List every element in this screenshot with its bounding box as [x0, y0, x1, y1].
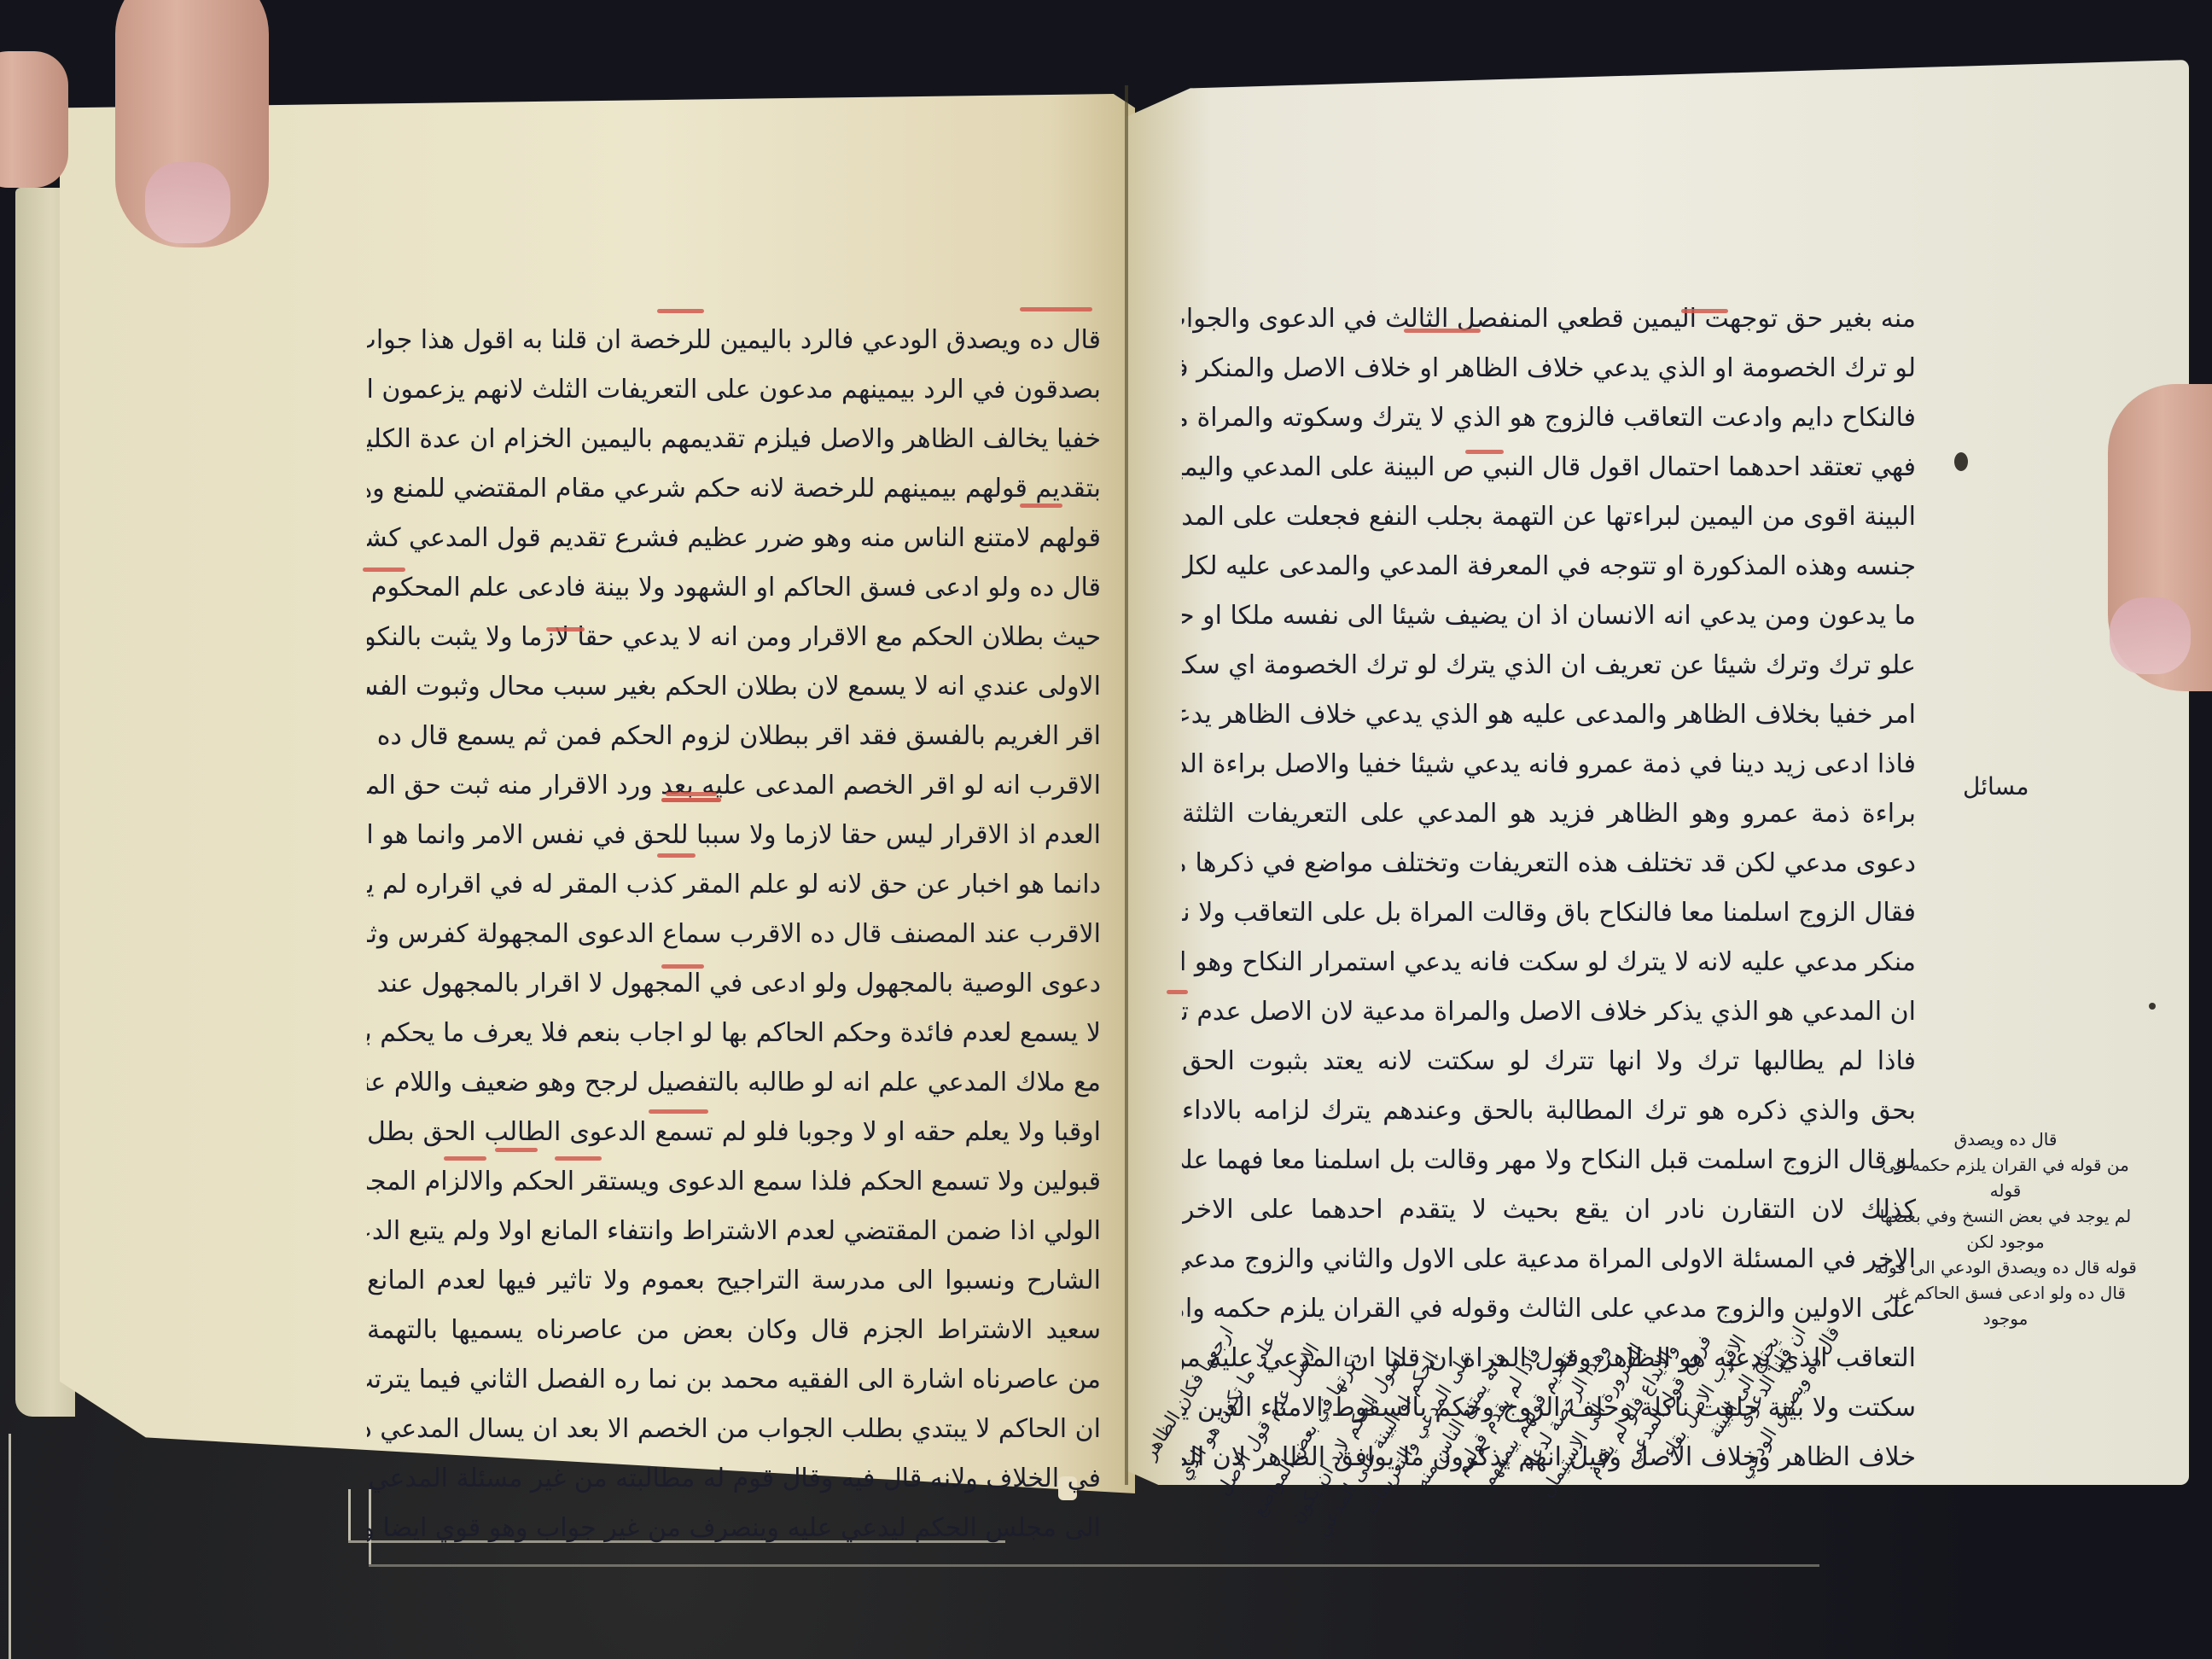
text-line: اوقبا ولا يعلم حقه او لا وجوبا فلو لم تس…: [367, 1108, 1101, 1157]
text-line: قولهم لامتنع الناس منه وهو ضرر عظيم فشرع…: [367, 514, 1101, 563]
left-page-text: قال ده ويصدق الودعي فالرد باليمين للرخصة…: [367, 316, 1101, 1553]
text-line: فالنكاح دايم وادعت التعاقب فالزوج هو الذ…: [1182, 393, 1916, 443]
left-thumb-nail: [145, 162, 230, 243]
text-line: حيث بطلان الحكم مع الاقرار ومن انه لا يد…: [367, 613, 1101, 662]
text-line: فاذا ادعى زيد دينا في ذمة عمرو فانه يدعي…: [1182, 740, 1916, 789]
text-line: سعيد الاشتراط الجزم قال وكان بعض من عاصر…: [367, 1306, 1101, 1355]
rubric-overline: [1020, 307, 1092, 311]
text-line: فهي تعتقد احدهما احتمال اقول قال النبي ص…: [1182, 443, 1916, 492]
margin-note-line: قوله قال ده ويصدق الودعي الى قوله: [1869, 1254, 2142, 1280]
bottom-diagonal-notes: قال ده ويصدق الودعي ان قلنا الدعوى يحتاج…: [1161, 1297, 1826, 1468]
margin-note-line: لم يوجد في بعض النسخ وفي بعضها موجود لكن: [1869, 1203, 2142, 1254]
text-line: ان المدعي هو الذي يذكر خلاف الاصل والمرا…: [1182, 987, 1916, 1037]
rubric-overline: [657, 309, 704, 313]
text-line: براءة ذمة عمرو وهو الظاهر فزيد هو المدعي…: [1182, 789, 1916, 839]
text-line: الاولى عندي انه لا يسمع لان بطلان الحكم …: [367, 662, 1101, 712]
text-line: لا يسمع لعدم فائدة وحكم الحاكم بها لو اج…: [367, 1009, 1101, 1058]
text-line: في الخلاف ولانه قال فيه وقال قوم له مطال…: [367, 1454, 1101, 1504]
margin-label-masail: مسائل: [1963, 772, 2029, 800]
margin-note-block: قال ده ويصدق من قوله في القران يلزم حكمه…: [1869, 1126, 2142, 1331]
cloth-stitch-line: [369, 1564, 1819, 1567]
text-line: علو ترك وترك شيئا عن تعريف ان الذي يترك …: [1182, 641, 1916, 690]
text-line: الاقرب انه لو اقر الخصم المدعى عليه بعد …: [367, 761, 1101, 811]
text-line: الى مجلس الحكم ليدعي عليه وينصرف من غير …: [367, 1504, 1101, 1553]
text-line: البينة اقوى من اليمين لبراءتها عن التهمة…: [1182, 492, 1916, 542]
cloth-stitch-line: [9, 1434, 11, 1659]
rubric-overline: [657, 853, 696, 858]
text-line: امر خفيا بخلاف الظاهر والمدعى عليه هو ال…: [1182, 690, 1916, 740]
rubric-overline: [1020, 504, 1062, 508]
text-line: بحق والذي ذكره هو ترك المطالبة بالحق وعن…: [1182, 1086, 1916, 1136]
text-line: اقر الغريم بالفسق فقد اقر ببطلان لزوم ال…: [367, 712, 1101, 761]
text-line: قبولين ولا تسمع الحكم فلذا سمع الدعوى وي…: [367, 1157, 1101, 1207]
rubric-overline: [546, 627, 585, 632]
text-line: قال ده ويصدق الودعي فالرد باليمين للرخصة…: [367, 316, 1101, 365]
text-line: الاقرب عند المصنف قال ده الاقرب سماع الد…: [367, 910, 1101, 959]
text-line: الشارح ونسبوا الى مدرسة التراجيح بعموم و…: [367, 1256, 1101, 1306]
rubric-overline: [661, 964, 704, 969]
margin-note-line: قال ده ولو ادعى فسق الحاكم غير موجود: [1869, 1280, 2142, 1331]
margin-note-line: قال ده ويصدق: [1869, 1126, 2142, 1152]
rubric-overline: [649, 1109, 708, 1114]
text-line: جنسه وهذه المذكورة او تتوجه في المعرفة ا…: [1182, 542, 1916, 591]
rubric-overline: [1465, 450, 1504, 454]
text-line: دعوى مدعي لكن قد تختلف هذه التعريفات وتخ…: [1182, 839, 1916, 888]
left-finger: [0, 51, 68, 188]
rubric-overline: [555, 1156, 602, 1161]
text-line: فقال الزوج اسلمنا معا فالنكاح باق وقالت …: [1182, 888, 1916, 938]
text-line: دعوى الوصية بالمجهول ولو ادعى في المجهول…: [367, 959, 1101, 1009]
margin-note-line: من قوله في القران يلزم حكمه الى قوله: [1869, 1152, 2142, 1203]
rubric-overline: [661, 798, 721, 802]
rubric-overline: [363, 568, 405, 572]
rubric-overline: [1167, 990, 1188, 994]
rubric-overline: [1404, 329, 1481, 333]
text-line: خفيا يخالف الظاهر والاصل فيلزم تقديمهم ب…: [367, 415, 1101, 464]
text-line: لو قال الزوج اسلمت قبل النكاح ولا مهر وق…: [1182, 1136, 1916, 1185]
right-thumb-nail: [2110, 597, 2191, 674]
text-line: ما يدعون ومن يدعي انه الانسان اذ ان يضيف…: [1182, 591, 1916, 641]
book-gutter: [1125, 85, 1128, 1485]
rubric-overline: [666, 792, 717, 796]
text-line: من عاصرناه اشارة الى الفقيه محمد بن نما …: [367, 1355, 1101, 1405]
ink-spot: [1954, 452, 1968, 471]
text-line: الاخر في المسئلة الاولى المراة مدعية على…: [1182, 1235, 1916, 1284]
text-line: ان الحاكم لا يبتدي بطلب الجواب من الخصم …: [367, 1405, 1101, 1454]
text-line: منكر مدعي عليه لانه لا يترك لو سكت فانه …: [1182, 938, 1916, 987]
cloth-stitch-line: [348, 1489, 351, 1540]
text-line: لو ترك الخصومة او الذي يدعي خلاف الظاهر …: [1182, 344, 1916, 393]
text-line: كذلك لان التقارن نادر ان يقع بحيث لا يتق…: [1182, 1185, 1916, 1235]
text-line: فاذا لم يطالبها ترك ولا انها تترك لو سكت…: [1182, 1037, 1916, 1086]
text-line: دانما هو اخبار عن حق لانه لو علم المقر ك…: [367, 860, 1101, 910]
text-line: الولي اذا ضمن المقتضي لعدم الاشتراط وانت…: [367, 1207, 1101, 1256]
text-line: قال ده ولو ادعى فسق الحاكم او الشهود ولا…: [367, 563, 1101, 613]
text-line: مع ملاك المدعي علم انه لو طالبه بالتفصيل…: [367, 1058, 1101, 1108]
text-line: العدم اذ الاقرار ليس حقا لازما ولا سببا …: [367, 811, 1101, 860]
text-line: منه بغير حق توجهت اليمين قطعي المنفصل ال…: [1182, 294, 1916, 344]
text-line: بصدقون في الرد بيمينهم مدعون على التعريف…: [367, 365, 1101, 415]
text-line: بتقديم قولهم بيمينهم للرخصة لانه حكم شرع…: [367, 464, 1101, 514]
rubric-overline: [1681, 309, 1728, 313]
rubric-overline: [495, 1148, 538, 1152]
rubric-overline: [444, 1156, 486, 1161]
ink-spot: [2149, 1003, 2156, 1010]
